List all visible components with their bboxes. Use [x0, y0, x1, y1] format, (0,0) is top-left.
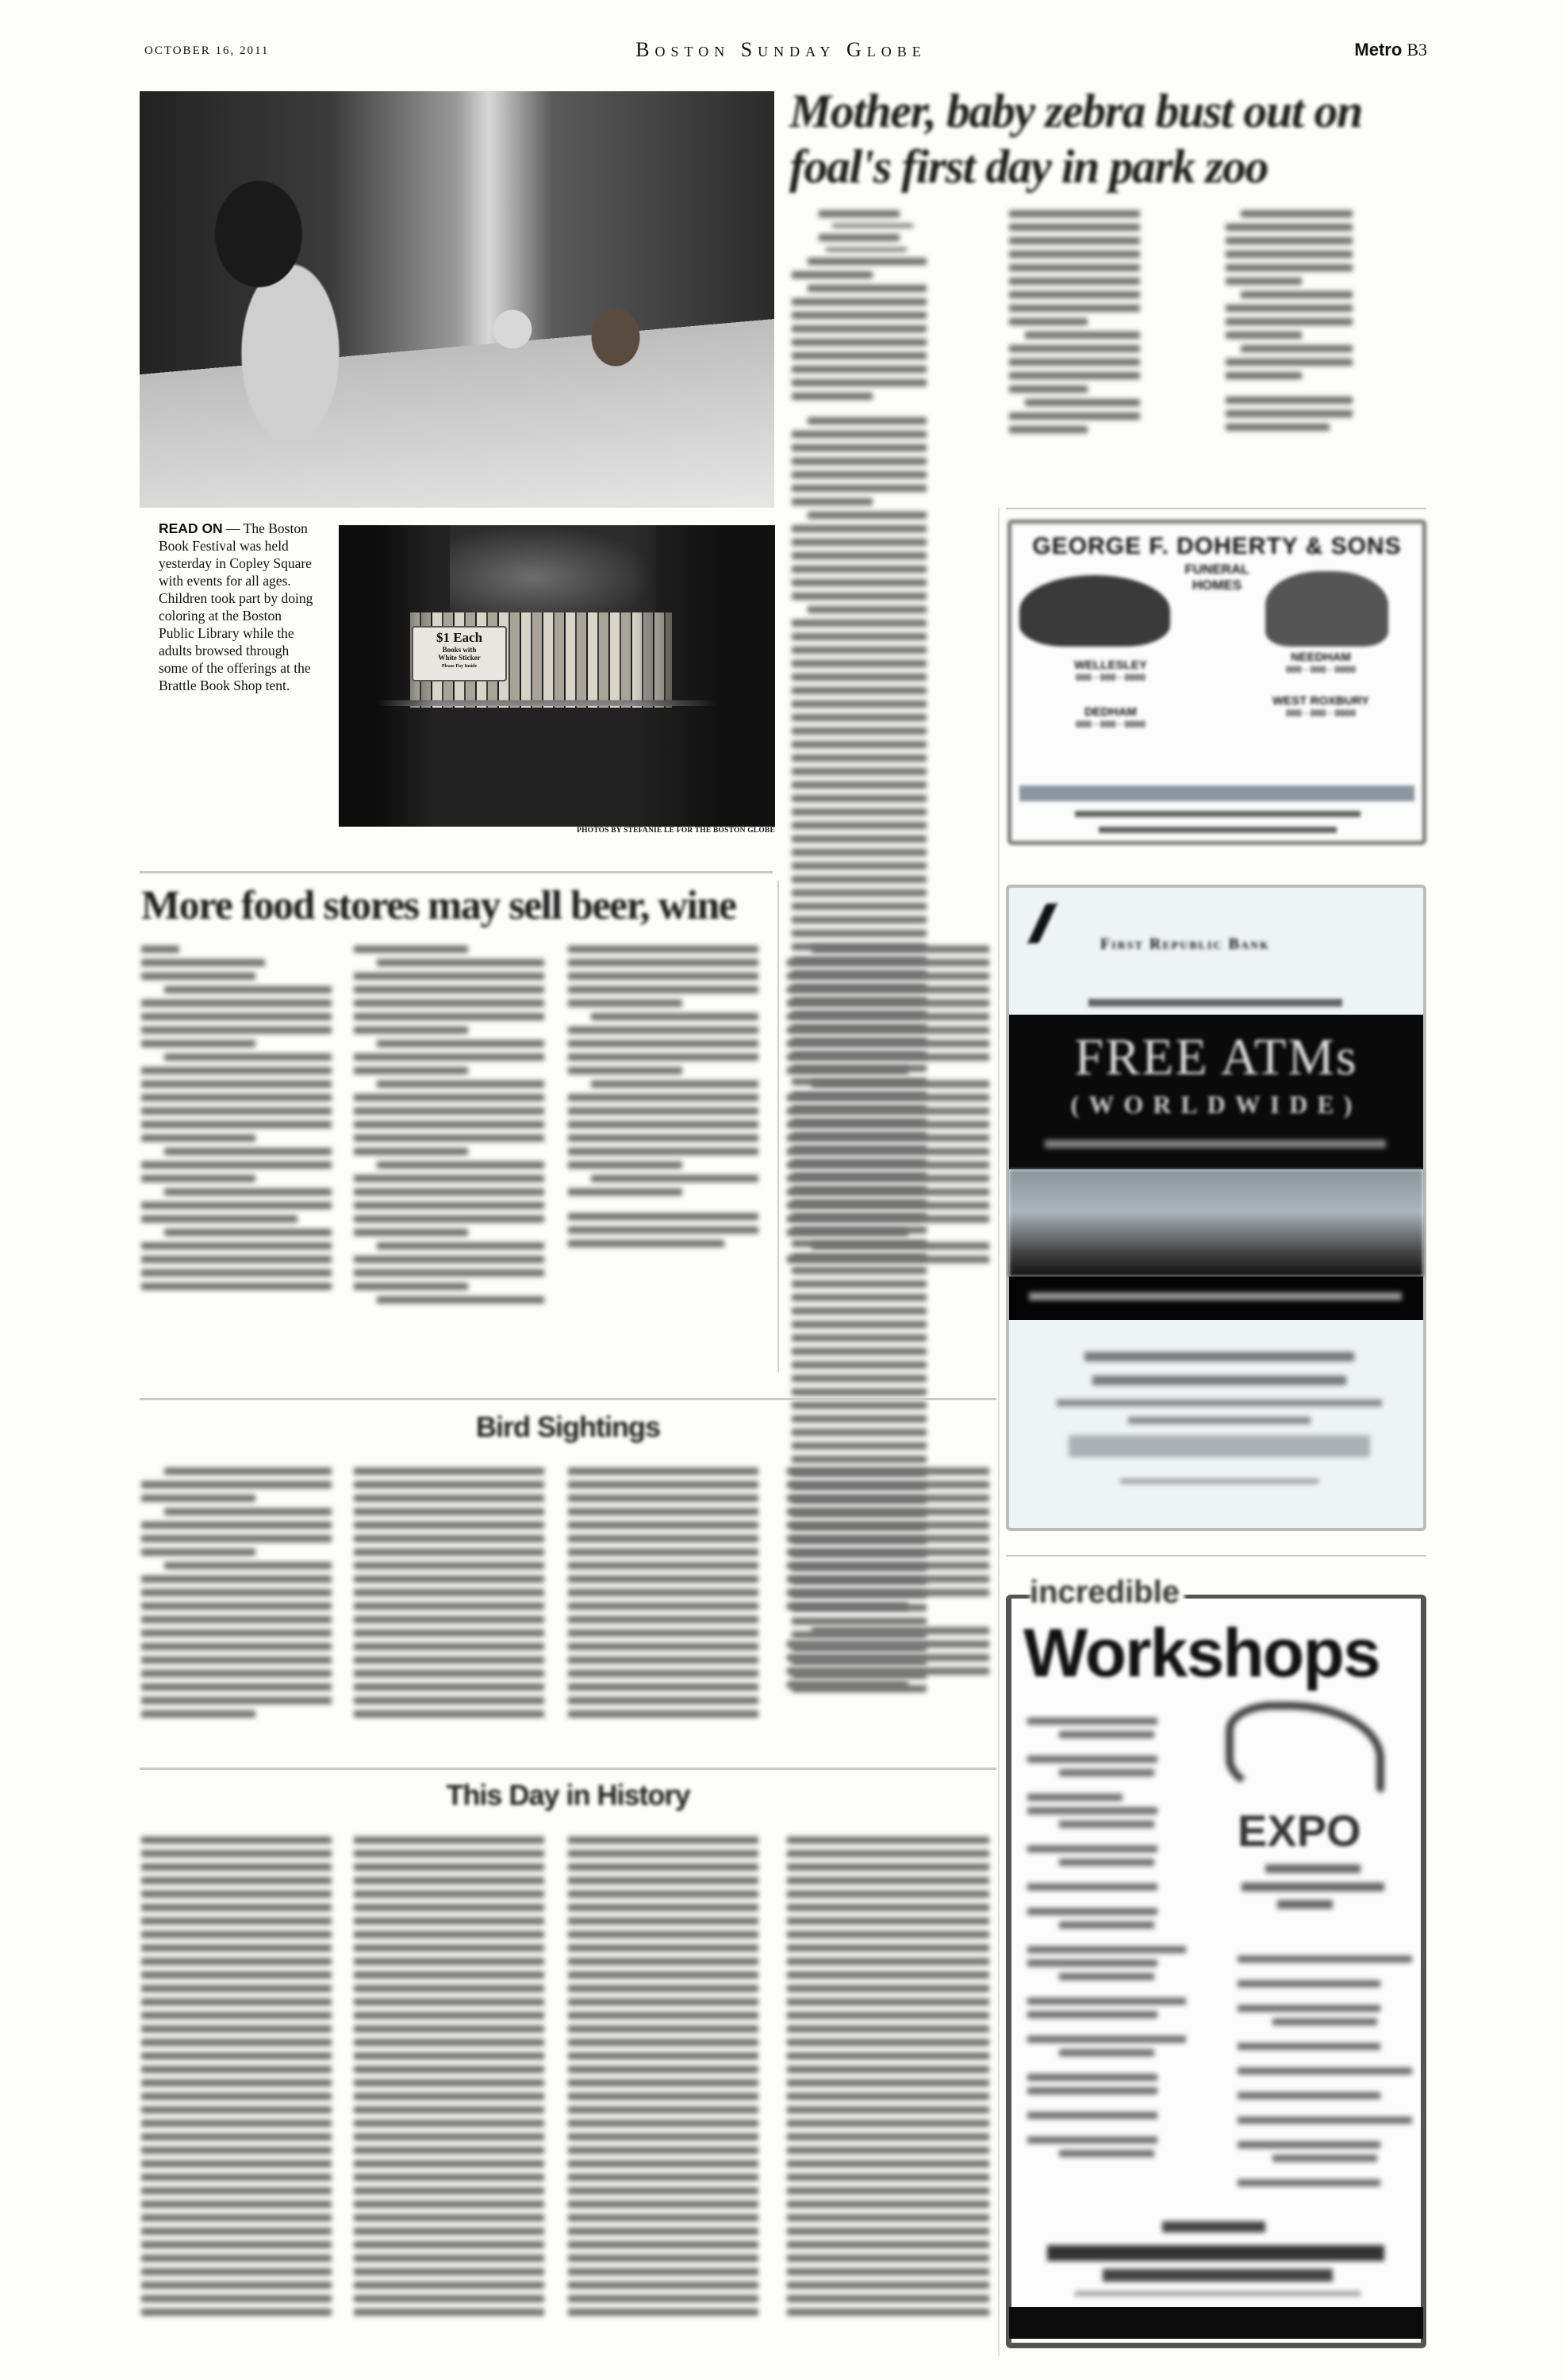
photo-children-coloring: [140, 91, 774, 508]
ad-doherty-funeral-homes[interactable]: GEORGE F. DOHERTY & SONS FUNERAL HOMES W…: [1007, 520, 1426, 845]
column-divider: [998, 508, 1000, 2356]
page-number: B3: [1407, 40, 1427, 59]
beer-wine-story-headline: More food stores may sell beer, wine: [141, 881, 776, 931]
caption-text: — The Boston Book Festival was held yest…: [159, 520, 313, 693]
ad-first-republic-bank[interactable]: First Republic Bank FREE ATMs (WORLDWIDE…: [1006, 885, 1426, 1531]
sponsor-bar: [1009, 2307, 1423, 2339]
divider: [140, 1768, 996, 1770]
free-atms-headline: FREE ATMs: [1009, 1027, 1423, 1088]
workshops-kicker: incredible: [1030, 1575, 1184, 1610]
photo-credit: PHOTOS BY STEFANIE LE FOR THE BOSTON GLO…: [339, 827, 775, 835]
caption-lead: READ ON: [159, 520, 223, 536]
worldwide-subhead: (WORLDWIDE): [1009, 1090, 1423, 1119]
zebra-story-continued: [787, 946, 989, 1269]
beer-wine-column-3: [568, 946, 758, 1253]
building-image-right: [1265, 571, 1388, 647]
ad-workshops-expo[interactable]: Workshops EXPO: [1006, 1595, 1426, 2348]
eagle-logo-icon: [1027, 904, 1077, 943]
beer-wine-column-1: [141, 946, 332, 1296]
expo-logo-graphic: [1226, 1702, 1384, 1797]
history-column-3: [568, 1837, 758, 2322]
zebra-story-headline: Mother, baby zebra bust out on foal's fi…: [789, 83, 1424, 194]
photo-crowd: [450, 525, 656, 612]
photo-caption: READ ON — The Boston Book Festival was h…: [159, 520, 317, 694]
ad-doherty-title: GEORGE F. DOHERTY & SONS: [1011, 533, 1422, 560]
workshop-list-right: [1238, 1956, 1412, 2193]
bird-sightings-column-1: [141, 1468, 332, 1724]
book-price-sign: $1 Each Books with White Sticker Please …: [412, 626, 507, 681]
bird-sightings-column-2: [354, 1468, 544, 1724]
divider: [140, 871, 773, 873]
section-name: Metro: [1354, 40, 1402, 59]
bird-sightings-headline: Bird Sightings: [140, 1411, 996, 1444]
history-column-4: [787, 1837, 989, 2322]
workshops-website: [1047, 2245, 1384, 2261]
photo-book-tent: $1 Each Books with White Sticker Please …: [339, 525, 775, 827]
bird-sightings-column-4: [787, 1468, 989, 1695]
zebra-story-column-2: [1009, 210, 1140, 440]
masthead-section: MetroB3: [1354, 40, 1427, 60]
bird-sightings-column-3: [568, 1468, 758, 1724]
masthead-paper-title: Boston Sunday Globe: [0, 38, 1562, 62]
workshop-list-left: [1027, 1718, 1186, 2163]
workshops-phone: [1103, 2269, 1333, 2282]
column-divider: [777, 881, 779, 1372]
divider: [1006, 1555, 1426, 1557]
building-image-left: [1019, 575, 1170, 647]
city-skyline-image: [1009, 1169, 1423, 1276]
divider: [140, 1398, 996, 1400]
divider: [1006, 508, 1426, 509]
history-column-2: [354, 1837, 544, 2322]
zebra-story-column-3: [1226, 210, 1353, 437]
beer-wine-column-2: [354, 946, 544, 1310]
workshops-headline: Workshops: [1023, 1614, 1380, 1693]
bank-name: First Republic Bank: [1100, 935, 1270, 954]
expo-title: EXPO: [1238, 1805, 1361, 1856]
history-column-1: [141, 1837, 332, 2322]
this-day-in-history-headline: This Day in History: [140, 1779, 996, 1812]
